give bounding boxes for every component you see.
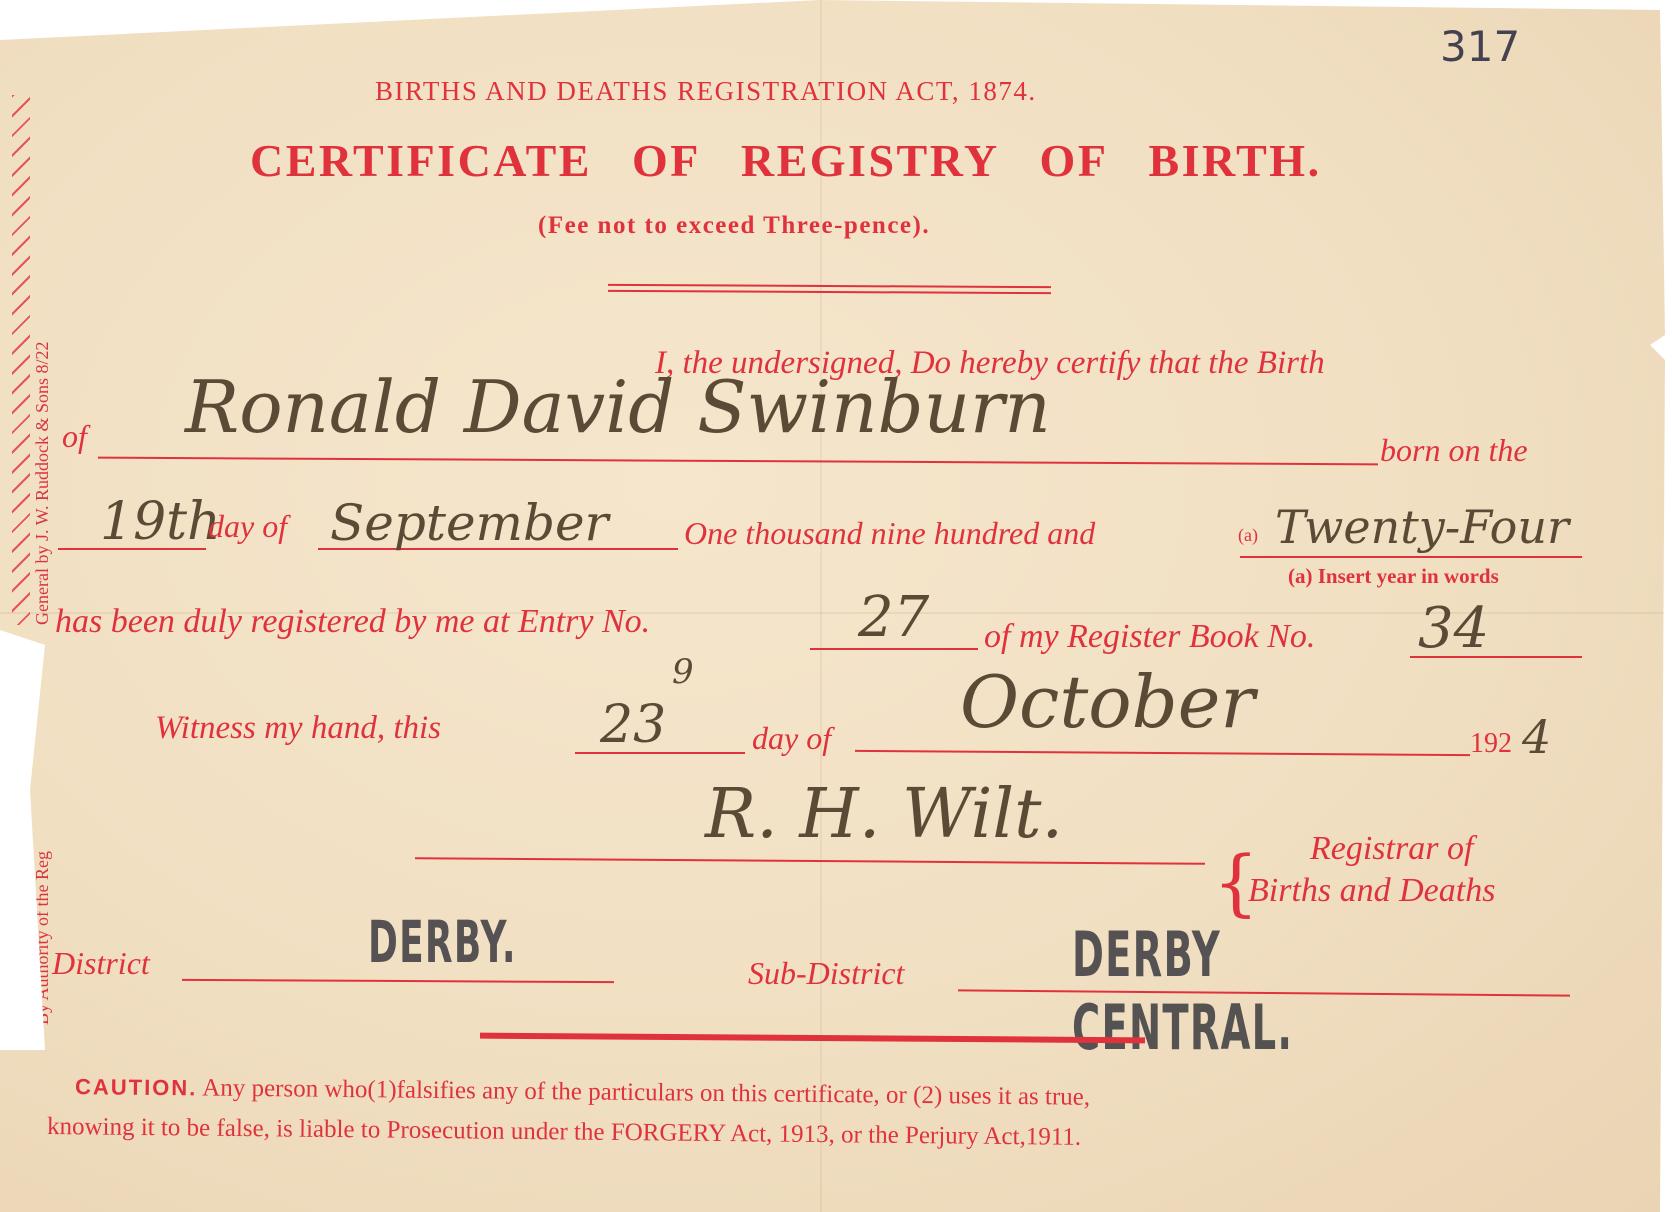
child-name: Ronald David Swinburn [185, 365, 1051, 449]
title-word: OF [632, 135, 701, 186]
district-stamp: DERBY. [368, 908, 517, 976]
double-rule [608, 284, 1051, 288]
witness-label: Witness my hand, this [155, 710, 441, 747]
witness-year-digit: 4 [1522, 710, 1551, 764]
birth-month: September [330, 494, 608, 552]
signature-line [415, 857, 1205, 865]
birth-year-line [1240, 556, 1582, 558]
caution-text-2: knowing it to be false, is liable to Pro… [47, 1113, 1081, 1151]
name-line [98, 457, 1378, 466]
registrar-title-line2: Births and Deaths [1248, 872, 1495, 910]
registrar-title-line1: Registrar of [1310, 830, 1473, 868]
year-note: (a) Insert year in words [1288, 564, 1499, 589]
registrar-signature: R. H. Wilt. [705, 775, 1063, 854]
subdistrict-label: Sub-District [748, 955, 904, 992]
born-on-label: born on the [1380, 432, 1528, 469]
district-label: District [52, 945, 150, 982]
title-word: REGISTRY [741, 135, 1000, 186]
certificate-title: CERTIFICATEOFREGISTRYOFBIRTH. [250, 134, 1362, 187]
registered-label: has been duly registered by me at Entry … [55, 603, 650, 641]
year-marker: (a) [1238, 525, 1258, 546]
file-mark: 317 [1440, 22, 1520, 71]
register-book-no: 34 [1418, 596, 1489, 661]
decorative-border [12, 95, 30, 625]
register-book-label: of my Register Book No. [984, 618, 1315, 656]
caution-heading: CAUTION. [75, 1074, 198, 1100]
witness-month: October [960, 660, 1255, 744]
title-word: OF [1040, 135, 1109, 186]
birth-year-words: Twenty-Four [1275, 500, 1569, 554]
caution-notice: CAUTION. Any person who(1)falsifies any … [75, 1075, 1575, 1155]
district-line [182, 979, 614, 983]
printer-imprint: General by J. W. Ruddock & Sons 8/22 [32, 342, 53, 626]
of-label: of [62, 418, 87, 455]
witness-month-line [855, 750, 1470, 756]
witness-year-prefix: 192 [1470, 728, 1512, 760]
birth-day: 19th [100, 492, 221, 552]
day-of-label: day of [208, 508, 287, 545]
year-prefix: One thousand nine hundred and [684, 515, 1095, 552]
witness-day: 23 [600, 695, 666, 755]
title-word: BIRTH. [1148, 135, 1321, 186]
entry-no: 27 [858, 585, 929, 650]
act-heading: BIRTHS AND DEATHS REGISTRATION ACT, 1874… [375, 76, 1037, 107]
witness-day-superscript: 9 [672, 652, 694, 692]
fee-note: (Fee not to exceed Three-pence). [538, 212, 930, 240]
title-word: CERTIFICATE [250, 135, 592, 186]
witness-day-of-label: day of [752, 720, 831, 757]
caution-text-1: Any person who(1)falsifies any of the pa… [202, 1074, 1090, 1110]
certificate-paper: General by J. W. Ruddock & Sons 8/22 By … [0, 0, 1672, 1212]
thick-rule [480, 1033, 1145, 1044]
